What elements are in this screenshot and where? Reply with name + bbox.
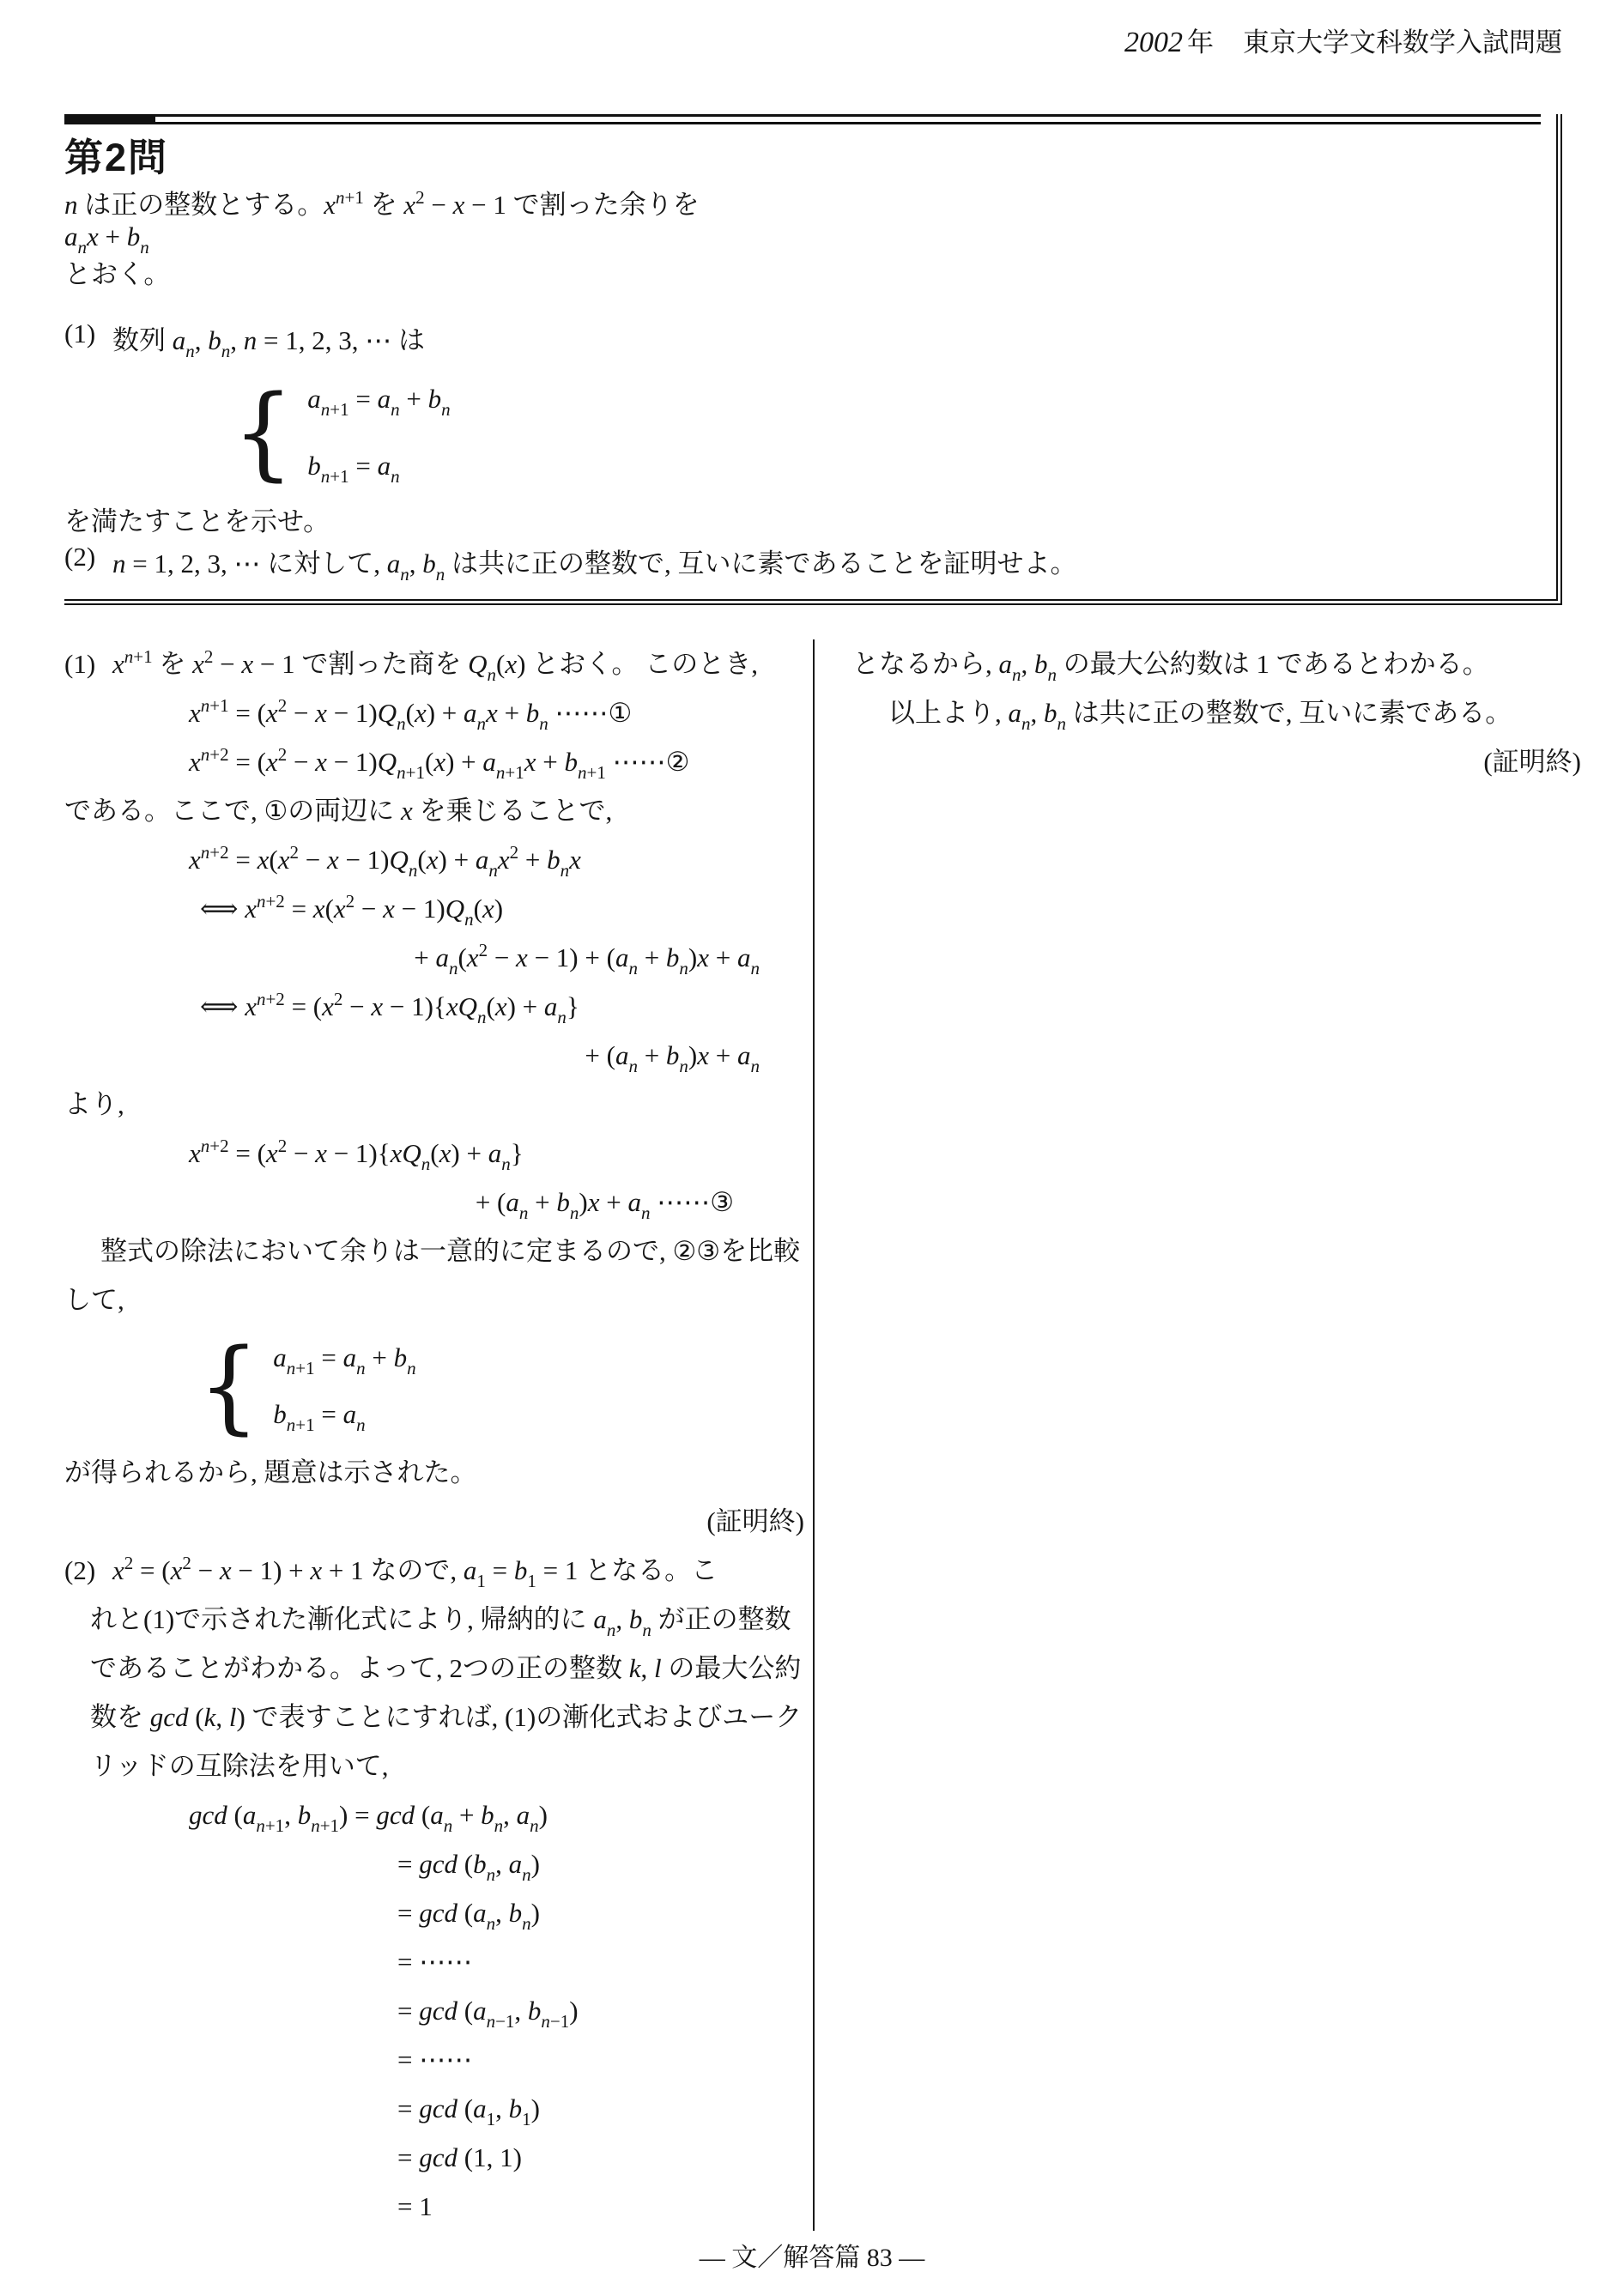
page: 2002年東京大学文科数学入試問題 第2問 n は正の整数とする。xn+1 を … xyxy=(0,0,1624,2296)
problem-item-1: (1) 数列 an, bn, n = 1, 2, 3, ⋯ は xyxy=(64,318,1541,357)
equation-7: + (an + bn)x + an xyxy=(64,1031,813,1080)
case-line-2: bn+1 = an xyxy=(273,1386,415,1443)
gcd-chain-line-3: = gcd (an, bn) xyxy=(64,1888,813,1937)
solution-item-1-label: (1) xyxy=(64,639,112,688)
problem-box-top-rule xyxy=(64,114,1541,124)
header-title: 東京大学文科数学入試問題 xyxy=(1243,27,1562,58)
problem-outro: とおく。 xyxy=(64,252,1541,291)
problem-item-2-label: (2) xyxy=(64,542,112,580)
header-year-suffix: 年 xyxy=(1187,27,1214,58)
equation-3: xn+2 = x(x2 − x − 1)Qn(x) + anx2 + bnx xyxy=(64,835,813,884)
solution-cases: { an+1 = an + bn bn+1 = an xyxy=(198,1330,813,1443)
page-header: 2002年東京大学文科数学入試問題 xyxy=(1124,21,1562,59)
header-year: 2002 xyxy=(1124,27,1183,58)
equation-1: xn+1 = (x2 − x − 1)Qn(x) + anx + bn ⋯⋯① xyxy=(64,688,813,737)
solution-item-1-text: xn+1 を x2 − x − 1 で割った商を Qn(x) とおく。 このとき… xyxy=(112,639,758,688)
paragraph-2: より, xyxy=(64,1080,813,1129)
gcd-chain-line-4: = ⋯⋯ xyxy=(64,1937,813,1986)
paragraph-5: が得られるから, 題意は示された。 xyxy=(64,1448,813,1497)
solution-left-column: (1) xn+1 を x2 − x − 1 で割った商を Qn(x) とおく。 … xyxy=(64,639,813,2231)
problem-cases: { an+1 = an + bn bn+1 = an xyxy=(233,366,1541,500)
solution-columns: (1) xn+1 を x2 − x − 1 で割った商を Qn(x) とおく。 … xyxy=(64,639,1590,2231)
page-footer: — 文／解答篇 83 — xyxy=(0,2236,1624,2274)
equation-8: xn+2 = (x2 − x − 1){xQn(x) + an} xyxy=(64,1129,813,1178)
qed-left: (証明終) xyxy=(64,1497,813,1546)
solution-item-2-label: (2) xyxy=(64,1546,112,1595)
problem-item-1-label: (1) xyxy=(64,318,112,357)
solution-item-2-line-5: リッドの互除法を用いて, xyxy=(64,1742,813,1790)
solution-item-2-line-4: 数を gcd (k, l) で表すことにすれば, (1)の漸化式およびユーク xyxy=(64,1693,813,1742)
problem-intro: n は正の整数とする。xn+1 を x2 − x − 1 で割った余りを xyxy=(64,183,1541,221)
right-paragraph-1: となるから, an, bn の最大公約数は 1 であるとわかる。 xyxy=(852,639,1590,688)
gcd-chain-line-7: = gcd (a1, b1) xyxy=(64,2084,813,2133)
case-line-1: an+1 = an + bn xyxy=(307,366,450,433)
solution-item-2-line-3: であることがわかる。よって, 2つの正の整数 k, l の最大公約 xyxy=(64,1644,813,1693)
equation-5: + an(x2 − x − 1) + (an + bn)x + an xyxy=(64,933,813,982)
cases-brace: { xyxy=(198,1336,259,1437)
equation-4: ⟺ xn+2 = x(x2 − x − 1)Qn(x) xyxy=(64,884,813,933)
solution-item-2: (2) x2 = (x2 − x − 1) + x + 1 なので, a1 = … xyxy=(64,1546,813,1595)
solution-right-column: となるから, an, bn の最大公約数は 1 であるとわかる。 以上より, a… xyxy=(815,639,1590,2231)
equation-2: xn+2 = (x2 − x − 1)Qn+1(x) + an+1x + bn+… xyxy=(64,737,813,786)
problem-number: 第2問 xyxy=(64,133,1541,183)
case-line-2: bn+1 = an xyxy=(307,433,450,500)
problem-box-top-bar xyxy=(64,114,155,124)
paragraph-3: 整式の除法において余りは一意的に定まるので, ②③を比較 xyxy=(64,1227,813,1275)
gcd-chain-line-1: gcd (an+1, bn+1) = gcd (an + bn, an) xyxy=(64,1790,813,1839)
problem-box: 第2問 n は正の整数とする。xn+1 を x2 − x − 1 で割った余りを… xyxy=(64,114,1562,605)
gcd-chain-line-9: = 1 xyxy=(64,2182,813,2231)
solution-item-2-line-2: れと(1)で示された漸化式により, 帰納的に an, bn が正の整数 xyxy=(64,1595,813,1644)
paragraph-1: である。ここで, ①の両辺に x を乗じることで, xyxy=(64,786,813,835)
cases-brace: { xyxy=(233,382,294,483)
solution-item-2-line-1: x2 = (x2 − x − 1) + x + 1 なので, a1 = b1 =… xyxy=(112,1546,718,1595)
problem-item-1-text: 数列 an, bn, n = 1, 2, 3, ⋯ は xyxy=(112,318,425,357)
cases-lines: an+1 = an + bn bn+1 = an xyxy=(307,366,450,500)
problem-item-1-after: を満たすことを示せ。 xyxy=(64,500,1541,538)
gcd-chain-line-2: = gcd (bn, an) xyxy=(64,1839,813,1888)
right-paragraph-2: 以上より, an, bn は共に正の整数で, 互いに素である。 xyxy=(852,688,1590,737)
problem-item-2-text: n = 1, 2, 3, ⋯ に対して, an, bn は共に正の整数で, 互い… xyxy=(112,542,1076,580)
equation-6: ⟺ xn+2 = (x2 − x − 1){xQn(x) + an} xyxy=(64,982,813,1031)
paragraph-4: して, xyxy=(64,1275,813,1324)
solution-item-1: (1) xn+1 を x2 − x − 1 で割った商を Qn(x) とおく。 … xyxy=(64,639,813,688)
problem-remainder-formula: anx + bn xyxy=(64,221,1541,252)
equation-9: + (an + bn)x + an ⋯⋯③ xyxy=(64,1178,813,1227)
gcd-chain-line-8: = gcd (1, 1) xyxy=(64,2133,813,2182)
gcd-chain-line-5: = gcd (an−1, bn−1) xyxy=(64,1986,813,2035)
gcd-chain-line-6: = ⋯⋯ xyxy=(64,2035,813,2084)
problem-item-2: (2) n = 1, 2, 3, ⋯ に対して, an, bn は共に正の整数で… xyxy=(64,542,1541,580)
cases-lines: an+1 = an + bn bn+1 = an xyxy=(273,1330,415,1443)
case-line-1: an+1 = an + bn xyxy=(273,1330,415,1386)
qed-right: (証明終) xyxy=(852,737,1590,786)
